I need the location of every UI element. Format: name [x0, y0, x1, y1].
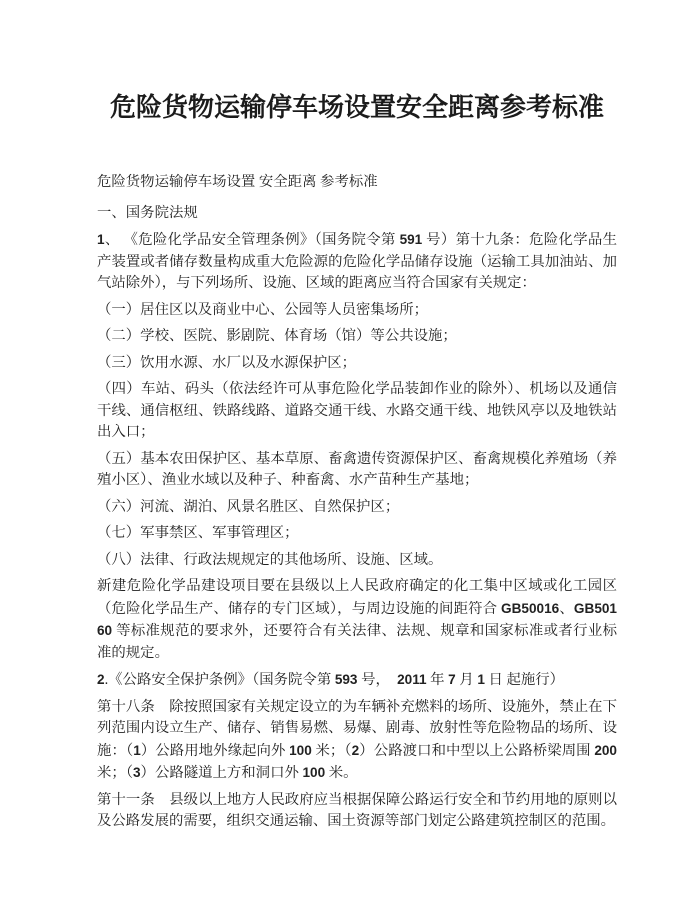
- list-item-7: （七）军事禁区、军事管理区；: [97, 523, 617, 545]
- list-item-3: （三）饮用水源、水厂以及水源保护区；: [97, 353, 617, 375]
- list-item-5: （五）基本农田保护区、基本草原、畜禽遗传资源保护区、畜禽规模化养殖场（养殖小区）…: [97, 449, 617, 492]
- list-item-6: （六）河流、湖泊、风景名胜区、自然保护区；: [97, 497, 617, 519]
- para-article-18: 第十八条 除按照国家有关规定设立的为车辆补充燃料的场所、设施外，禁止在下列范围内…: [97, 697, 617, 785]
- list-item-8: （八）法律、行政法规规定的其他场所、设施、区域。: [97, 550, 617, 572]
- para-highway-protection-regulation-heading: 2.《公路安全保护条例》（国务院令第 593 号， 2011 年 7 月 1 日…: [97, 669, 617, 692]
- document-title: 危险货物运输停车场设置安全距离参考标准: [97, 90, 617, 126]
- para-hazchem-regulation-article-19: 1、 《危险化学品安全管理条例》（国务院令第 591 号）第十九条：危险化学品生…: [97, 229, 617, 295]
- section-heading-state-council-regulations: 一、国务院法规: [97, 203, 617, 225]
- document-page: 危险货物运输停车场设置安全距离参考标准 危险货物运输停车场设置 安全距离 参考标…: [0, 0, 700, 905]
- list-item-1: （一）居住区以及商业中心、公园等人员密集场所；: [97, 300, 617, 322]
- list-item-2: （二）学校、医院、影剧院、体育场（馆）等公共设施；: [97, 326, 617, 348]
- list-item-4: （四）车站、码头（依法经许可从事危险化学品装卸作业的除外）、机场以及通信干线、通…: [97, 379, 617, 444]
- para-new-construction-requirements: 新建危险化学品建设项目要在县级以上人民政府确定的化工集中区域或化工园区（危险化学…: [97, 576, 617, 664]
- para-article-11: 第十一条 县级以上地方人民政府应当根据保障公路运行安全和节约用地的原则以及公路发…: [97, 790, 617, 833]
- document-subtitle: 危险货物运输停车场设置 安全距离 参考标准: [97, 172, 617, 194]
